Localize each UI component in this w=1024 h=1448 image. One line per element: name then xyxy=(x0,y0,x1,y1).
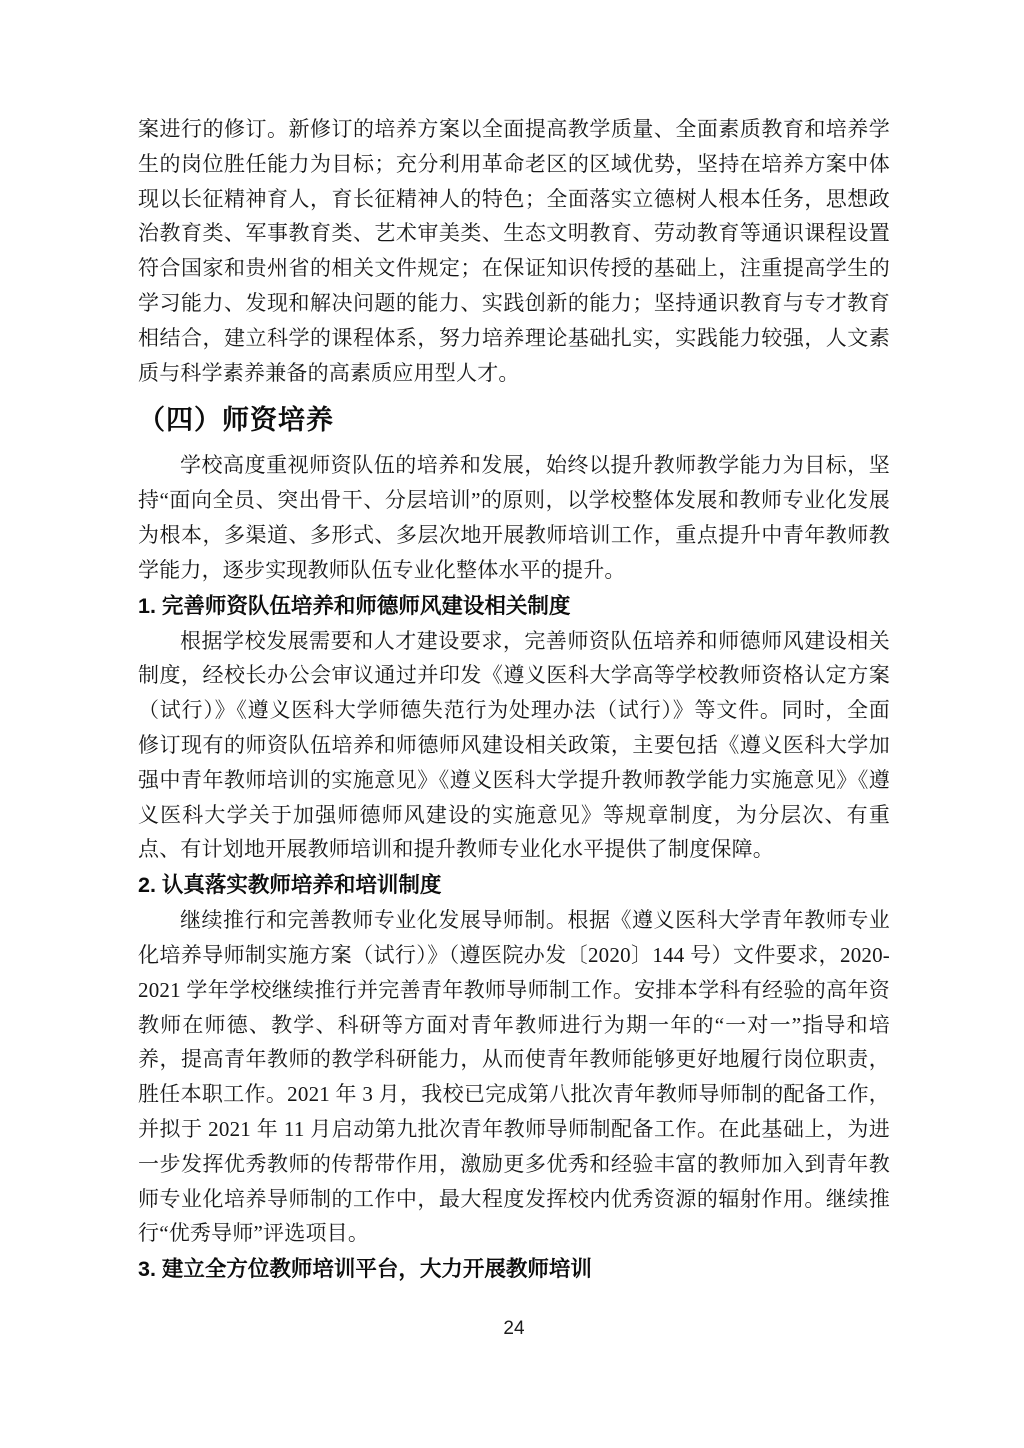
document-page: 案进行的修订。新修订的培养方案以全面提高教学质量、全面素质教育和培养学生的岗位胜… xyxy=(0,0,1024,1448)
subsection-1-heading: 1. 完善师资队伍培养和师德师风建设相关制度 xyxy=(138,588,890,624)
section-intro-paragraph: 学校高度重视师资队伍的培养和发展，始终以提升教师教学能力为目标，坚持“面向全员、… xyxy=(138,448,890,587)
paragraph-continued: 案进行的修订。新修订的培养方案以全面提高教学质量、全面素质教育和培养学生的岗位胜… xyxy=(138,112,890,390)
section-heading: （四）师资培养 xyxy=(138,393,890,447)
subsection-2-paragraph: 继续推行和完善教师专业化发展导师制。根据《遵义医科大学青年教师专业化培养导师制实… xyxy=(138,903,890,1251)
subsection-3-heading: 3. 建立全方位教师培训平台，大力开展教师培训 xyxy=(138,1251,890,1287)
page-number: 24 xyxy=(138,1318,890,1340)
subsection-1-paragraph: 根据学校发展需要和人才建设要求，完善师资队伍培养和师德师风建设相关制度，经校长办… xyxy=(138,624,890,868)
subsection-2-heading: 2. 认真落实教师培养和培训制度 xyxy=(138,867,890,903)
